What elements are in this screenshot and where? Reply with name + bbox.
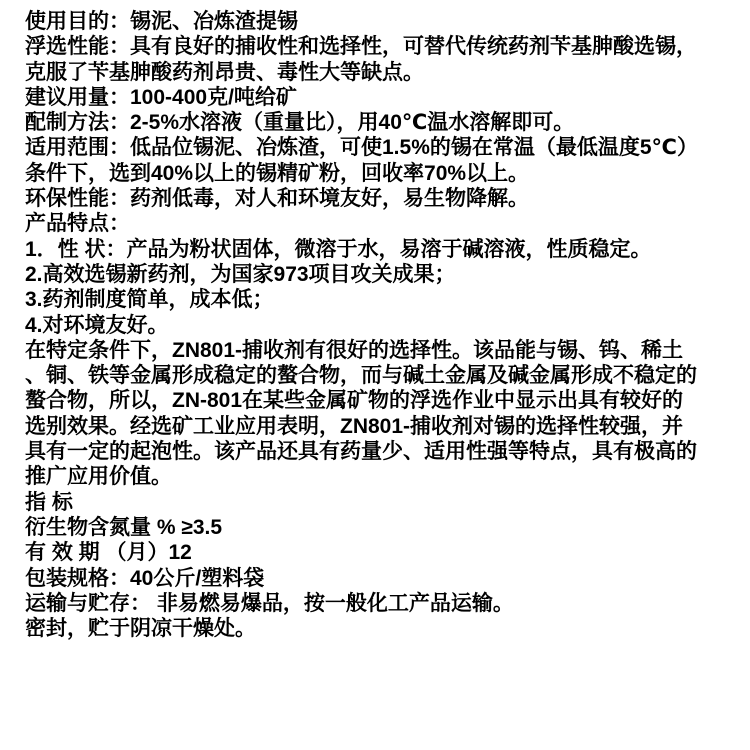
line-storage-cont: 密封，贮于阴凉干燥处。	[25, 616, 728, 641]
line-selectivity-para-3: 螯合物，所以，ZN-801在某些金属矿物的浮选作业中显示出具有较好的	[25, 388, 728, 413]
line-flotation-performance-cont: 克服了苄基胂酸药剂昂贵、毒性大等缺点。	[25, 60, 728, 85]
line-shelf-life: 有 效 期 （月）12	[25, 540, 728, 565]
line-transport-storage: 运输与贮存： 非易燃易爆品，按一般化工产品运输。	[25, 591, 728, 616]
line-environmental-performance: 环保性能：药剂低毒，对人和环境友好，易生物降解。	[25, 186, 728, 211]
line-selectivity-para-6: 推广应用价值。	[25, 464, 728, 489]
line-indicators-heading: 指 标	[25, 490, 728, 515]
line-selectivity-para-4: 选别效果。经选矿工业应用表明，ZN801-捕收剂对锡的选择性较强，并	[25, 414, 728, 439]
line-feature-1: 1．性 状：产品为粉状固体，微溶于水，易溶于碱溶液，性质稳定。	[25, 237, 728, 262]
line-preparation-method: 配制方法：2-5%水溶液（重量比），用40℃温水溶解即可。	[25, 110, 728, 135]
line-feature-4: 4.对环境友好。	[25, 313, 728, 338]
line-application-scope: 适用范围：低品位锡泥、冶炼渣，可使1.5%的锡在常温（最低温度5℃）	[25, 135, 728, 160]
line-feature-3: 3.药剂制度简单，成本低；	[25, 287, 728, 312]
product-description-text: 使用目的：锡泥、冶炼渣提锡 浮选性能：具有良好的捕收性和选择性，可替代传统药剂苄…	[25, 9, 728, 641]
line-product-features-heading: 产品特点：	[25, 211, 728, 236]
line-usage-purpose: 使用目的：锡泥、冶炼渣提锡	[25, 9, 728, 34]
line-nitrogen-content: 衍生物含氮量 % ≥3.5	[25, 515, 728, 540]
product-description-page: 使用目的：锡泥、冶炼渣提锡 浮选性能：具有良好的捕收性和选择性，可替代传统药剂苄…	[0, 0, 750, 750]
line-selectivity-para-2: 、铜、铁等金属形成稳定的螯合物，而与碱土金属及碱金属形成不稳定的	[25, 363, 728, 388]
line-packaging-spec: 包装规格：40公斤/塑料袋	[25, 566, 728, 591]
line-recommended-dosage: 建议用量：100-400克/吨给矿	[25, 85, 728, 110]
line-application-scope-cont: 条件下，选到40%以上的锡精矿粉，回收率70%以上。	[25, 161, 728, 186]
line-flotation-performance: 浮选性能：具有良好的捕收性和选择性，可替代传统药剂苄基胂酸选锡，	[25, 34, 728, 59]
line-selectivity-para-1: 在特定条件下，ZN801-捕收剂有很好的选择性。该品能与锡、钨、稀土	[25, 338, 728, 363]
line-feature-2: 2.高效选锡新药剂，为国家973项目攻关成果；	[25, 262, 728, 287]
line-selectivity-para-5: 具有一定的起泡性。该产品还具有药量少、适用性强等特点，具有极高的	[25, 439, 728, 464]
